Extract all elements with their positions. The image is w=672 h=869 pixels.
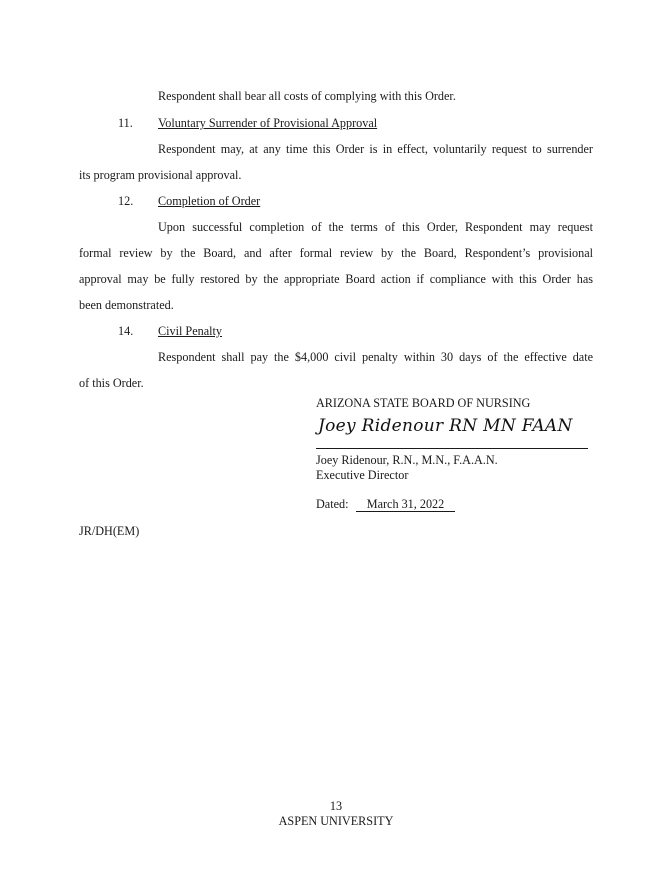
section-14-line-1: Respondent shall pay the $4,000 civil pe… bbox=[158, 350, 593, 365]
footer-institution: ASPEN UNIVERSITY bbox=[0, 814, 672, 829]
board-name: ARIZONA STATE BOARD OF NURSING bbox=[316, 396, 530, 411]
signer-name: Joey Ridenour, R.N., M.N., F.A.A.N. bbox=[316, 453, 498, 468]
intro-line: Respondent shall bear all costs of compl… bbox=[158, 89, 456, 104]
initials: JR/DH(EM) bbox=[79, 524, 139, 539]
section-11-number: 11. bbox=[118, 116, 133, 131]
section-12-line-2: formal review by the Board, and after fo… bbox=[79, 246, 593, 261]
section-12-line-3: approval may be fully restored by the ap… bbox=[79, 272, 593, 287]
signature-line bbox=[316, 448, 588, 449]
dated-label: Dated: bbox=[316, 497, 349, 512]
section-14-heading: Civil Penalty bbox=[158, 324, 222, 339]
section-11-line-2: its program provisional approval. bbox=[79, 168, 241, 183]
section-14-line-2: of this Order. bbox=[79, 376, 144, 391]
dated-value: March 31, 2022 bbox=[356, 497, 455, 512]
section-12-heading: Completion of Order bbox=[158, 194, 260, 209]
section-12-line-1: Upon successful completion of the terms … bbox=[158, 220, 593, 235]
section-11-line-1: Respondent may, at any time this Order i… bbox=[158, 142, 593, 157]
page-number: 13 bbox=[0, 799, 672, 814]
section-11-heading: Voluntary Surrender of Provisional Appro… bbox=[158, 116, 377, 131]
signer-title: Executive Director bbox=[316, 468, 408, 483]
section-12-number: 12. bbox=[118, 194, 133, 209]
section-12-line-4: been demonstrated. bbox=[79, 298, 174, 313]
handwritten-signature: Joey Ridenour RN MN FAAN bbox=[318, 416, 573, 436]
section-14-number: 14. bbox=[118, 324, 133, 339]
